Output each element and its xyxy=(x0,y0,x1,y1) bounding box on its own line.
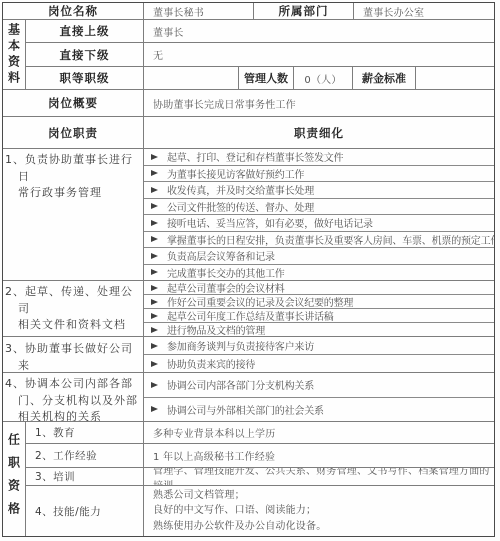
arrow-bullet-icon xyxy=(151,236,158,242)
duty-item-text: 协助负责来宾的接待 xyxy=(167,356,255,371)
duty-item: 接听电话、妥当应答，如有必要，做好电话记录 xyxy=(144,215,494,232)
direct-superior-label: 直接上级 xyxy=(26,20,144,42)
basic-info-section-label: 基本资料 xyxy=(6,23,23,87)
experience-row: 2、工作经验 1 年以上高级秘书工作经验 xyxy=(26,444,494,468)
rank-label: 职等职级 xyxy=(26,67,144,89)
duty-item: 参加商务谈判与负责接待客户来访 xyxy=(144,337,494,355)
job-description-document: 岗位名称 董事长秘书 所属部门 董事长办公室 基本资料 直接上级 董事长 直接下… xyxy=(0,0,500,541)
duties-header-row: 岗位职责 职责细化 xyxy=(3,117,494,149)
duty-item: 协调公司与外部相关部门的社会关系 xyxy=(144,398,494,422)
direct-subordinate-label: 直接下级 xyxy=(26,43,144,66)
duty-item-text: 进行物品及文档的管理 xyxy=(167,323,265,336)
arrow-bullet-icon xyxy=(151,361,158,367)
education-label: 1、教育 xyxy=(26,422,144,443)
duty-item: 掌握董事长的日程安排，负责董事长及重要客人房间、车票、机票的预定工作 xyxy=(144,232,494,249)
arrow-bullet-icon xyxy=(151,299,158,305)
arrow-bullet-icon xyxy=(151,187,158,193)
department-label: 所属部门 xyxy=(254,3,354,19)
training-label: 3、培训 xyxy=(26,468,144,485)
rank-row: 职等职级 管理人数 0（人） 薪金标准 xyxy=(26,67,494,89)
arrow-bullet-icon xyxy=(151,406,158,412)
duty-item-text: 起草公司年度工作总结及董事长讲话稿 xyxy=(167,309,334,323)
direct-superior-value: 董事长 xyxy=(144,20,494,42)
rank-value xyxy=(144,67,239,89)
duty-3-items: 参加商务谈判与负责接待客户来访 协助负责来宾的接待 xyxy=(144,337,494,372)
skills-row: 4、技能/能力 熟悉公司文档管理； 良好的中文写作、口语、阅读能力； 熟练使用办… xyxy=(26,486,494,536)
salary-standard-value xyxy=(416,67,494,89)
qualification-rows: 1、教育 多种专业背景本科以上学历 2、工作经验 1 年以上高级秘书工作经验 3… xyxy=(26,422,494,536)
duties-header-left: 岗位职责 xyxy=(3,117,144,148)
duty-item-text: 接听电话、妥当应答，如有必要，做好电话记录 xyxy=(167,215,373,230)
duty-section-4: 4、协调本公司内部各部 门、分支机构以及外部 相关机构的关系 协调公司内部各部门… xyxy=(3,373,494,422)
qualifications-section: 任职资格 1、教育 多种专业背景本科以上学历 2、工作经验 1 年以上高级秘书工… xyxy=(3,422,494,536)
skills-line-3: 熟练使用办公软件及办公自动化设备。 xyxy=(153,519,326,535)
duty-item-text: 完成董事长交办的其他工作 xyxy=(167,265,285,280)
qualifications-section-label: 任职资格 xyxy=(6,433,23,525)
skills-line-1: 熟悉公司文档管理； xyxy=(153,488,245,504)
duty-1-items: 起草、打印、登记和存档董事长签发文件 为董事长接见访客做好预约工作 收发传真，并… xyxy=(144,149,494,280)
duty-item-text: 协调公司与外部相关部门的社会关系 xyxy=(167,402,324,417)
training-row: 3、培训 管理学、管理技能开发、公共关系、财务管理、文书写作、档案管理方面的培训 xyxy=(26,468,494,486)
duty-item: 协助负责来宾的接待 xyxy=(144,355,494,372)
arrow-bullet-icon xyxy=(151,203,158,209)
duty-3-title: 3、协助董事长做好公司来 宾的接待工作 xyxy=(3,337,144,372)
direct-subordinate-value: 无 xyxy=(144,43,494,66)
basic-info-rows: 直接上级 董事长 直接下级 无 职等职级 管理人数 0（人） 薪金标准 xyxy=(26,20,494,89)
position-summary-row: 岗位概要 协助董事长完成日常事务性工作 xyxy=(3,90,494,117)
experience-value: 1 年以上高级秘书工作经验 xyxy=(144,444,494,467)
duty-item: 公司文件批签的传送、督办、处理 xyxy=(144,199,494,216)
duty-item-text: 起草、打印、登记和存档董事长签发文件 xyxy=(167,149,343,164)
duty-item: 为董事长接见访客做好预约工作 xyxy=(144,166,494,183)
basic-info-section-label-cell: 基本资料 xyxy=(3,20,26,89)
duty-item-text: 掌握董事长的日程安排，负责董事长及重要客人房间、车票、机票的预定工作 xyxy=(167,232,494,247)
duty-4-title: 4、协调本公司内部各部 门、分支机构以及外部 相关机构的关系 xyxy=(3,373,144,421)
duty-1-title: 1、负责协助董事长进行日 常行政事务管理 xyxy=(3,149,144,280)
duties-header-right: 职责细化 xyxy=(144,117,494,148)
arrow-bullet-icon xyxy=(151,154,158,160)
duty-section-1: 1、负责协助董事长进行日 常行政事务管理 起草、打印、登记和存档董事长签发文件 … xyxy=(3,149,494,281)
arrow-bullet-icon xyxy=(151,253,158,259)
skills-label: 4、技能/能力 xyxy=(26,486,144,536)
managed-count-value: 0（人） xyxy=(294,67,353,89)
salary-standard-label: 薪金标准 xyxy=(353,67,416,89)
duty-4-items: 协调公司内部各部门分支机构关系 协调公司与外部相关部门的社会关系 xyxy=(144,373,494,421)
skills-value: 熟悉公司文档管理； 良好的中文写作、口语、阅读能力； 熟练使用办公软件及办公自动… xyxy=(144,486,494,536)
position-summary-value: 协助董事长完成日常事务性工作 xyxy=(144,90,494,116)
arrow-bullet-icon xyxy=(151,269,158,275)
education-row: 1、教育 多种专业背景本科以上学历 xyxy=(26,422,494,444)
job-description-table: 岗位名称 董事长秘书 所属部门 董事长办公室 基本资料 直接上级 董事长 直接下… xyxy=(2,2,495,537)
duty-item-text: 起草公司董事会的会议材料 xyxy=(167,281,285,295)
arrow-bullet-icon xyxy=(151,313,158,319)
duty-item: 起草、打印、登记和存档董事长签发文件 xyxy=(144,149,494,166)
duty-item-text: 收发传真，并及时交给董事长处理 xyxy=(167,182,314,197)
duty-item-text: 为董事长接见访客做好预约工作 xyxy=(167,166,304,181)
arrow-bullet-icon xyxy=(151,327,158,333)
header-row: 岗位名称 董事长秘书 所属部门 董事长办公室 xyxy=(3,3,494,20)
managed-count-label: 管理人数 xyxy=(239,67,294,89)
qualifications-section-label-cell: 任职资格 xyxy=(3,422,26,536)
duty-item: 完成董事长交办的其他工作 xyxy=(144,265,494,281)
duty-item: 进行物品及文档的管理 xyxy=(144,323,494,336)
duty-2-items: 起草公司董事会的会议材料 作好公司重要会议的记录及会议纪要的整理 起草公司年度工… xyxy=(144,281,494,336)
experience-label: 2、工作经验 xyxy=(26,444,144,467)
duty-item-text: 负责高层会议筹备和记录 xyxy=(167,248,275,263)
skills-line-2: 良好的中文写作、口语、阅读能力； xyxy=(153,503,316,519)
duty-item: 收发传真，并及时交给董事长处理 xyxy=(144,182,494,199)
position-name-label: 岗位名称 xyxy=(3,3,144,19)
position-name-value: 董事长秘书 xyxy=(144,3,254,19)
education-value: 多种专业背景本科以上学历 xyxy=(144,422,494,443)
duty-item: 负责高层会议筹备和记录 xyxy=(144,248,494,265)
training-value: 管理学、管理技能开发、公共关系、财务管理、文书写作、档案管理方面的培训 xyxy=(144,468,494,485)
basic-info-section: 基本资料 直接上级 董事长 直接下级 无 职等职级 管理人数 0（人） 薪金标准 xyxy=(3,20,494,90)
duty-item-text: 作好公司重要会议的记录及会议纪要的整理 xyxy=(167,295,353,309)
duty-item: 起草公司董事会的会议材料 xyxy=(144,281,494,295)
duty-item: 协调公司内部各部门分支机构关系 xyxy=(144,373,494,398)
duty-item: 起草公司年度工作总结及董事长讲话稿 xyxy=(144,309,494,323)
duty-section-2: 2、起草、传递、处理公司 相关文件和资料文档 起草公司董事会的会议材料 作好公司… xyxy=(3,281,494,337)
duty-item: 作好公司重要会议的记录及会议纪要的整理 xyxy=(144,295,494,309)
duty-2-title: 2、起草、传递、处理公司 相关文件和资料文档 xyxy=(3,281,144,336)
duty-item-text: 协调公司内部各部门分支机构关系 xyxy=(167,377,314,392)
duty-item-text: 参加商务谈判与负责接待客户来访 xyxy=(167,338,314,353)
duty-section-3: 3、协助董事长做好公司来 宾的接待工作 参加商务谈判与负责接待客户来访 协助负责… xyxy=(3,337,494,373)
arrow-bullet-icon xyxy=(151,170,158,176)
direct-superior-row: 直接上级 董事长 xyxy=(26,20,494,43)
department-value: 董事长办公室 xyxy=(354,3,494,19)
arrow-bullet-icon xyxy=(151,382,158,388)
arrow-bullet-icon xyxy=(151,285,158,291)
direct-subordinate-row: 直接下级 无 xyxy=(26,43,494,67)
duty-item-text: 公司文件批签的传送、督办、处理 xyxy=(167,199,314,214)
arrow-bullet-icon xyxy=(151,220,158,226)
arrow-bullet-icon xyxy=(151,343,158,349)
position-summary-label: 岗位概要 xyxy=(3,90,144,116)
